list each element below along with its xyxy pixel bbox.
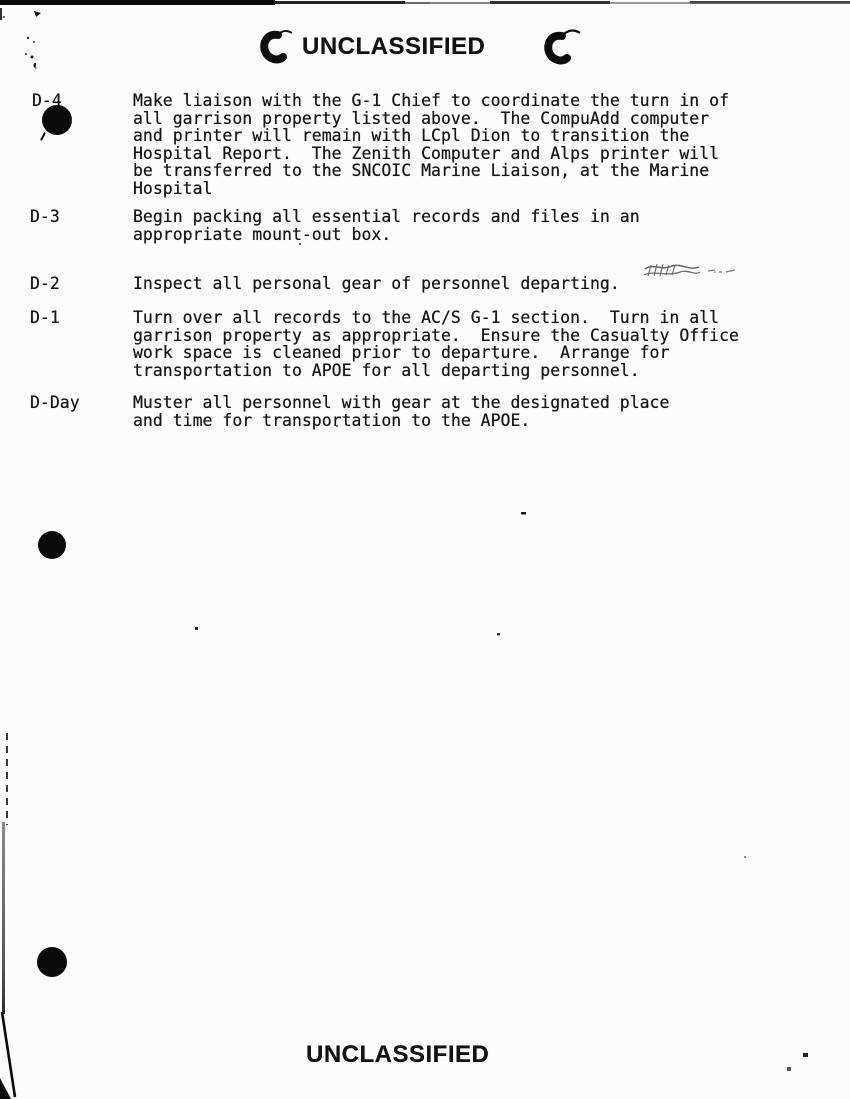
scanned-page: UNCLASSIFIED D-4 Make liaison with the G… [0,0,850,1099]
scan-speckles [0,0,850,1099]
